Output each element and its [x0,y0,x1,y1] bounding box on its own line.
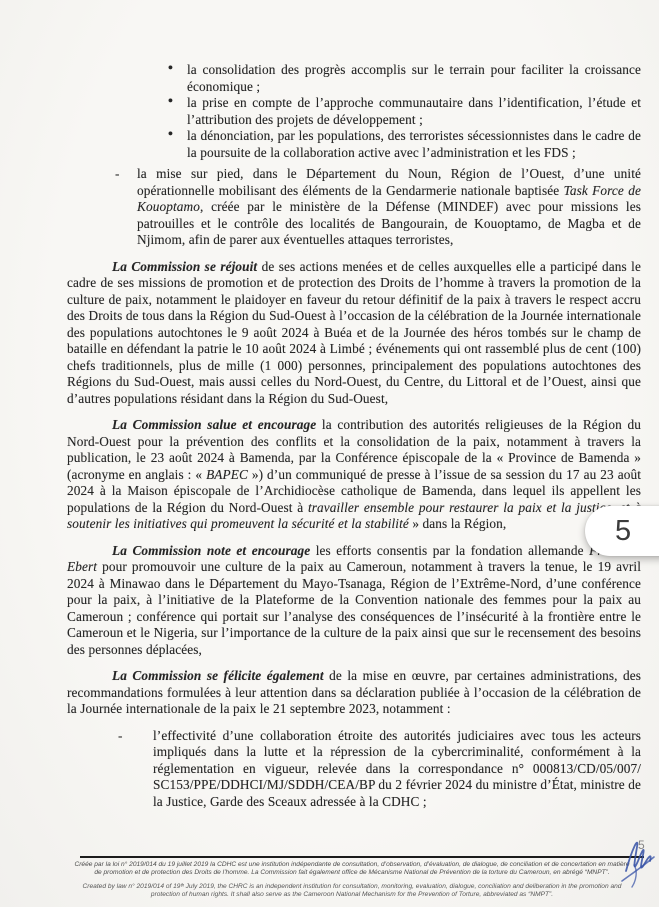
dash-item: -l’effectivité d’une collaboration étroi… [153,728,641,811]
paragraph-text: La Commission se réjouit de ses actions … [67,259,641,406]
bullet-marker: • [168,94,173,111]
bullet-text: la prise en compte de l’approche communa… [187,95,641,127]
paragraph-se-felicite: La Commission se félicite également de l… [67,668,641,718]
document-page: •la consolidation des progrès accomplis … [0,0,659,907]
signature-paraph-icon [612,831,658,893]
dash-marker: - [118,728,123,745]
dash-item: -la mise sur pied, dans le Département d… [137,166,641,249]
page-footer: Créée par la loi n° 2019/014 du 19 juill… [70,861,634,900]
dash-marker: - [115,166,120,183]
page-number-tab: 5 [585,506,659,556]
dash-text: l’effectivité d’une collaboration étroit… [153,728,641,809]
paragraph-text: La Commission se félicite également de l… [67,668,641,716]
paragraph-se-rejouit: La Commission se réjouit de ses actions … [67,259,641,408]
paragraph-note-et-encourage: La Commission note et encourage les effo… [67,543,641,659]
bullet-marker: • [168,127,173,144]
footer-text-fr: Créée par la loi n° 2019/014 du 19 juill… [70,861,634,878]
bullet-item: •la dénonciation, par les populations, d… [187,128,641,161]
footer-divider [80,856,644,858]
dash-text: la mise sur pied, dans le Département du… [137,166,641,247]
bullet-item: •la consolidation des progrès accomplis … [187,62,641,95]
page-number: 5 [615,515,631,548]
bullet-text: la consolidation des progrès accomplis s… [187,62,641,94]
bullet-item: •la prise en compte de l’approche commun… [187,95,641,128]
paragraph-text: La Commission salue et encourage la cont… [67,417,641,531]
paragraph-text: La Commission note et encourage les effo… [67,543,641,657]
bullet-text: la dénonciation, par les populations, de… [187,128,641,160]
bullet-marker: • [168,61,173,78]
paragraph-salue-et-encourage: La Commission salue et encourage la cont… [67,417,641,533]
footer-text-en: Created by law n° 2019/014 of 19ᵗʰ July … [70,883,634,900]
page-content: •la consolidation des progrès accomplis … [67,62,641,810]
